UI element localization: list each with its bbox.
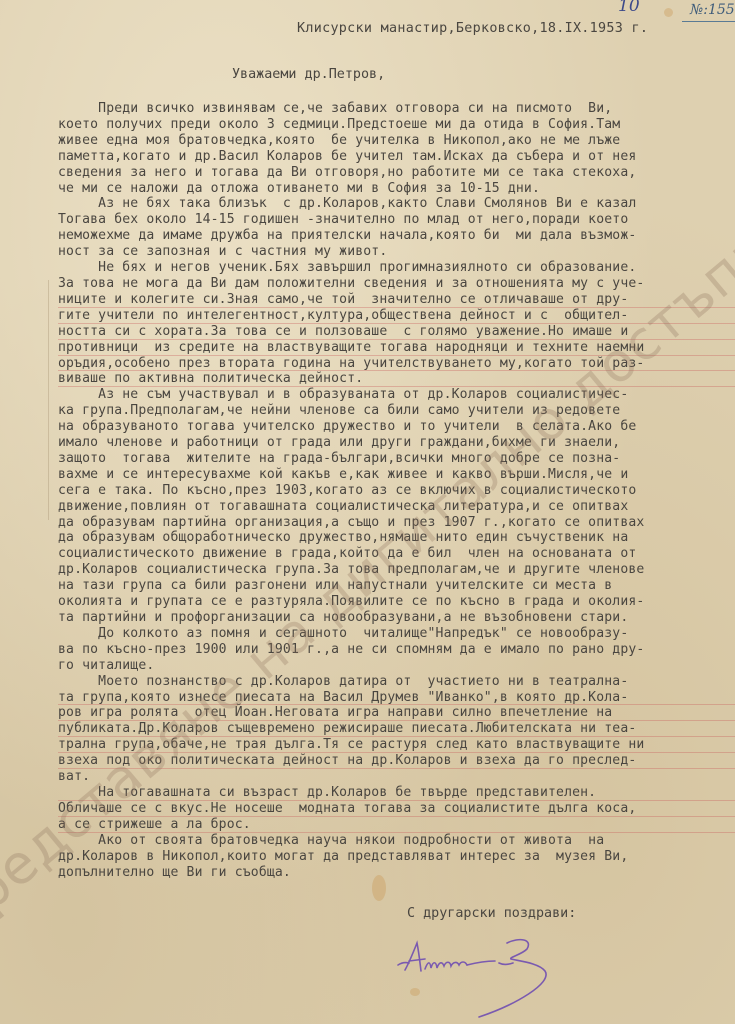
place-and-date: Клисурски манастир,Берковско,18.IX.1953 …	[297, 21, 648, 36]
letter-line: Ако от своята братовчедка науча някои по…	[58, 833, 735, 849]
letter-line: на образуваното тогава учителско дружест…	[58, 419, 735, 435]
signature-icon	[395, 935, 615, 1020]
salutation: Уважаеми др.Петров,	[232, 67, 385, 82]
paper-stain	[664, 8, 673, 17]
letter-line: виваше по активна политическа дейност.	[58, 371, 735, 387]
letter-line: Аз не бях така близък с др.Коларов,както…	[58, 196, 735, 212]
letter-line: ност за се запозная и с частния му живот…	[58, 244, 735, 260]
letter-line: та група,която изнесе пиесата на Васил Д…	[58, 690, 735, 706]
letter-line: гите учители по интелегентност,култура,о…	[58, 308, 735, 324]
letter-line: което получих преди около 3 седмици.Пред…	[58, 117, 735, 133]
letter-line: имало членове и работници от града или д…	[58, 435, 735, 451]
letter-line: сведения за него и тогава да Ви отговоря…	[58, 165, 735, 181]
letter-line: допълнително ще Ви ги съобща.	[58, 865, 735, 881]
letter-line: вахме и се интересувахме кой какъв е,как…	[58, 467, 735, 483]
letter-line: а се стрижеше а ла брос.	[58, 817, 735, 833]
letter-line: на тази група са били разгонени или напу…	[58, 578, 735, 594]
letter-line: ка група.Предполагам,че нейни членове са…	[58, 403, 735, 419]
letter-line: околията и групата се е разтуряла.Появил…	[58, 594, 735, 610]
letter-line: До колкото аз помня и сегашното читалище…	[58, 626, 735, 642]
letter-line: паметта,когато и др.Васил Коларов бе учи…	[58, 149, 735, 165]
letter-line: др.Коларов в Никопол,които могат да пред…	[58, 849, 735, 865]
letter-line: На тогавашната си възраст др.Коларов бе …	[58, 785, 735, 801]
closing-line: С другарски поздрави:	[407, 906, 576, 921]
letter-line: Моето познанство с др.Коларов датира от …	[58, 674, 735, 690]
letter-line: Тогава бех около 14-15 годишен -значител…	[58, 212, 735, 228]
page-number-note: 10	[618, 0, 640, 16]
letter-line: Аз не съм участвувал и в образуваната от…	[58, 387, 735, 403]
letter-line: Преди всичко извинявам се,че забавих отг…	[58, 101, 735, 117]
letter-line: ват.	[58, 769, 735, 785]
letter-line: взеха под око политическата дейност на д…	[58, 753, 735, 769]
letter-line: да образувам партийна организация,а също…	[58, 515, 735, 531]
archive-number-note: №:155	[690, 2, 735, 18]
handwritten-signature	[395, 935, 615, 1024]
letter-line: социалистическото движение в града,който…	[58, 546, 735, 562]
letter-body: Преди всичко извинявам се,че забавих отг…	[58, 101, 735, 880]
letter-line: неможехме да имаме дружба на приятелски …	[58, 228, 735, 244]
letter-line: че ми се наложи да отложа отиването ми в…	[58, 181, 735, 197]
letter-line: ниците и колегите си.Зная само,че той зн…	[58, 292, 735, 308]
letter-line: защото тогава жителите на града-българи,…	[58, 451, 735, 467]
letter-line: движение,повлиян от тогавашната социалис…	[58, 499, 735, 515]
letter-line: публиката.Др.Коларов същевремено режисир…	[58, 721, 735, 737]
paper-fold-line	[48, 280, 49, 520]
letter-line: За това не мога да Ви дам положителни св…	[58, 276, 735, 292]
letter-line: ността си с хората.За това се и ползоваш…	[58, 324, 735, 340]
letter-line: живее една моя братовчедка,която бе учит…	[58, 133, 735, 149]
letter-line: оръдия,особено през втората година на уч…	[58, 356, 735, 372]
letter-line: та партийни и профорганизации са новообр…	[58, 610, 735, 626]
letter-line: го читалище.	[58, 658, 735, 674]
letter-line: трална група,обаче,не трая дълга.Тя се р…	[58, 737, 735, 753]
letter-line: противници из средите на властвуващите т…	[58, 340, 735, 356]
letter-line: Обличаше се с вкус.Не носеше модната тог…	[58, 801, 735, 817]
letter-line: ва по късно-през 1900 или 1901 г.,а не с…	[58, 642, 735, 658]
letter-line: др.Коларов социалистическа група.За това…	[58, 562, 735, 578]
letter-line: сега е така. По късно,през 1903,когато а…	[58, 483, 735, 499]
letter-line: ров игра ролята отец Йоан.Неговата игра …	[58, 705, 735, 721]
letter-line: Не бях и негов ученик.Бях завършил проги…	[58, 260, 735, 276]
letter-line: да образувам общоработническо дружество,…	[58, 530, 735, 546]
